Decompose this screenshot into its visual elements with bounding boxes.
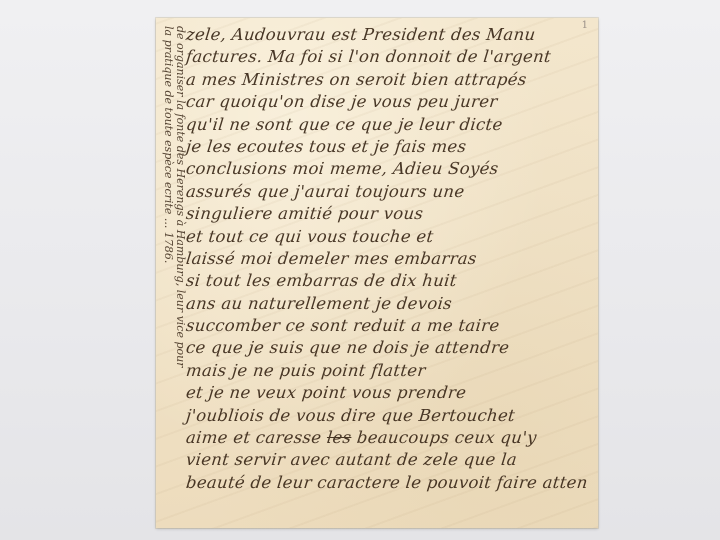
handwritten-line: succomber ce sont reduit a me taire xyxy=(185,315,593,337)
margin-note-line: de organiser la fonte des Herengs à Hamb… xyxy=(174,26,186,528)
handwritten-line: si tout les embarras de dix huit xyxy=(185,270,593,292)
handwritten-line: vient servir avec autant de zele que la xyxy=(185,449,593,471)
handwritten-line: ce que je suis que ne dois je attendre xyxy=(185,337,593,359)
margin-note-line: la pratique de toute espèce ecrite ... 1… xyxy=(162,26,174,528)
handwritten-line: singuliere amitié pour vous xyxy=(185,203,593,225)
handwritten-line: assurés que j'aurai toujours une xyxy=(185,181,593,203)
handwritten-line: car quoiqu'on dise je vous peu jurer xyxy=(185,91,593,113)
handwritten-line: a mes Ministres on seroit bien attrapés xyxy=(185,69,593,91)
handwritten-line: zele, Audouvrau est President des Manu xyxy=(185,24,593,46)
handwritten-line: et tout ce qui vous touche et xyxy=(185,226,593,248)
letter-page: 1 de organiser la fonte des Herengs à Ha… xyxy=(156,18,598,528)
handwritten-line: beauté de leur caractere le pouvoit fair… xyxy=(185,472,593,494)
letter-body: zele, Audouvrau est President des Manu f… xyxy=(186,24,592,494)
handwritten-line: je les ecoutes tous et je fais mes xyxy=(185,136,593,158)
struck-word: les xyxy=(326,428,352,447)
handwritten-line: conclusions moi meme, Adieu Soyés xyxy=(185,158,593,180)
handwritten-line: j'oubliois de vous dire que Bertouchet xyxy=(185,405,593,427)
handwritten-line: qu'il ne sont que ce que je leur dicte xyxy=(185,114,593,136)
handwritten-line: laissé moi demeler mes embarras xyxy=(185,248,593,270)
handwritten-line: et je ne veux point vous prendre xyxy=(185,382,593,404)
handwritten-line: ans au naturellement je devois xyxy=(185,293,593,315)
handwritten-line-with-strikethrough: aime et caresse les beaucoups ceux qu'y xyxy=(185,427,593,449)
handwritten-line: factures. Ma foi si l'on donnoit de l'ar… xyxy=(185,46,593,68)
margin-note: de organiser la fonte des Herengs à Hamb… xyxy=(156,26,186,528)
handwritten-line: mais je ne puis point flatter xyxy=(185,360,593,382)
